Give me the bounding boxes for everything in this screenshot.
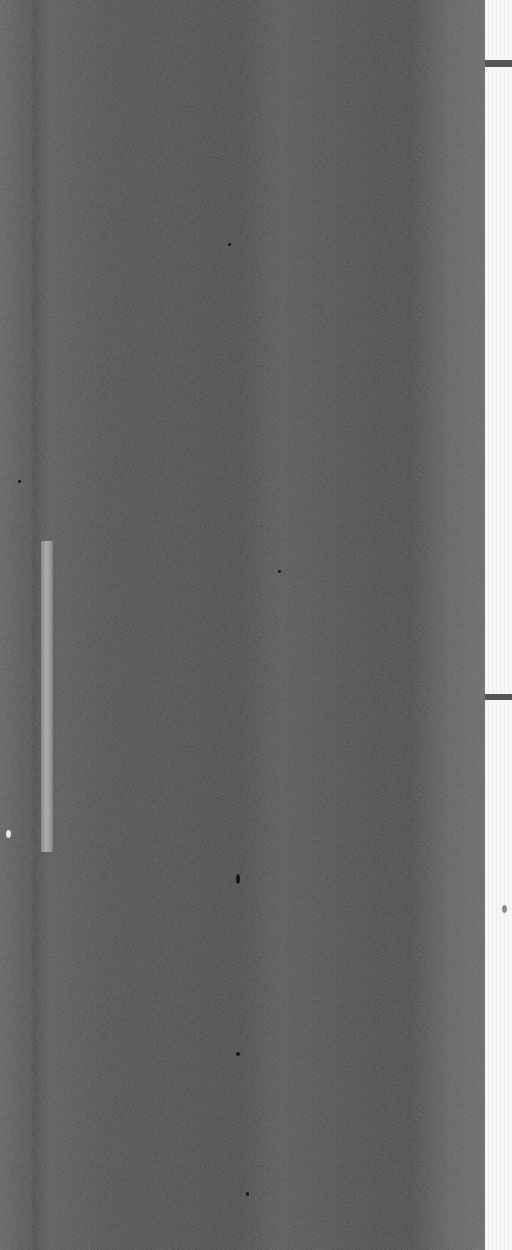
dark-speck (18, 480, 21, 483)
margin-speck (502, 905, 507, 913)
right-paper-margin (485, 0, 512, 1250)
vertical-light-bar (41, 541, 53, 852)
margin-notch-middle (485, 694, 512, 700)
light-speck (6, 830, 11, 838)
dark-speck (236, 1052, 240, 1056)
dark-speck (278, 570, 281, 573)
dark-speck (228, 243, 231, 246)
dark-speck (246, 1192, 249, 1196)
film-strip (0, 0, 485, 1250)
margin-notch-top (485, 60, 512, 67)
dark-speck (236, 874, 240, 884)
grain-texture-dark (0, 0, 485, 1250)
